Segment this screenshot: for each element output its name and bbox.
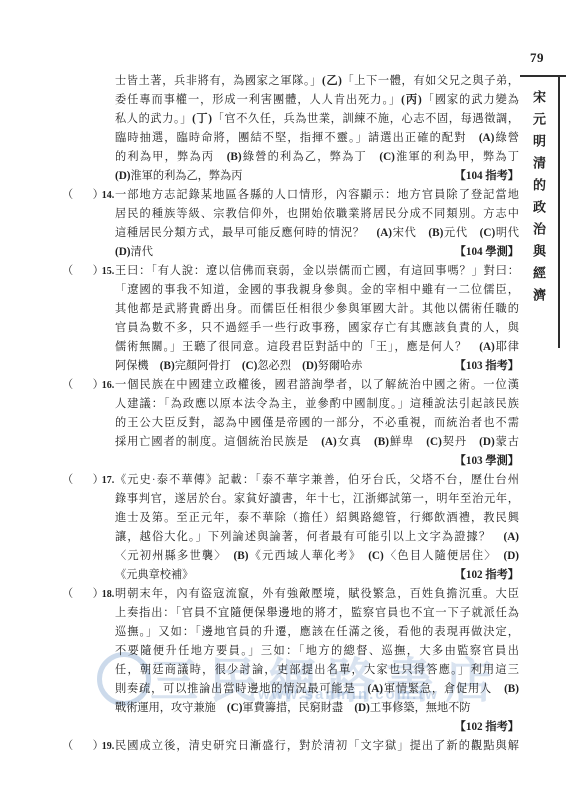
question-head: （ ）17. xyxy=(62,471,115,490)
option-marker: (D) xyxy=(354,702,370,714)
question-line-text: 其他都是武將貴爵出身。而儒臣任相很少參與軍國大計。其他以儒術任職的 xyxy=(115,300,519,319)
question-head: （ ）15. xyxy=(62,262,115,281)
question-line: (D)清代【104 學測】 xyxy=(62,243,519,262)
option-marker: (丁) xyxy=(192,113,212,125)
question: （ ）16.一個民族在中國建立政權後，國君諮詢學者，以了解統治中國之術。一位漢人… xyxy=(62,376,519,471)
question-line: 巡撫。」又如：「邊地官員的升遷，應該在任滿之後，看他的表現再做決定， xyxy=(62,623,519,642)
option-marker: (D) xyxy=(302,360,318,372)
chapter-title: 宋元明清的政治與經濟 xyxy=(529,90,548,310)
question-line: 《元典章校補》【102 指考】 xyxy=(62,566,519,585)
question-line-text: 官員為數不多，只不過經手一些行政事務，國家存亡有其應該負責的人，與 xyxy=(115,319,519,338)
question-line: 採用亡國者的制度。這個統治民族是 (A)女真 (B)鮮卑 (C)契丹 (D)蒙古 xyxy=(62,433,519,452)
question-line: 任，朝廷商議時，很少討論，吏部提出名單，大家也只得答應。」利用這三 xyxy=(62,661,519,680)
option-marker: (A) xyxy=(503,531,519,543)
question-line: 儒術無關。」王聽了很同意。這段君臣對話中的「王」，應是何人？ (A)耶律 xyxy=(62,338,519,357)
question-line-text: 人建議：「為政應以原本法令為主，並參酌中國制度。」這種說法引起該民族 xyxy=(115,395,519,414)
option-marker: (B) xyxy=(504,683,519,695)
question-line-text: 戰術運用，攻守兼施 (C)軍費籌措，民窮財盡 (D)工事修築，無地不防 xyxy=(115,699,519,718)
option-marker: (A) xyxy=(479,132,495,144)
question-line: 的利為甲，弊為丙 (B)綠營的利為乙，弊為丁 (C)淮軍的利為甲，弊為丁 xyxy=(62,148,519,167)
exam-source-tag: 【103 學測】 xyxy=(455,455,519,467)
question-line: 錄事判官，遂居於台。家貧好讀書，年十七，江浙鄉試第一，明年至治元年， xyxy=(62,490,519,509)
question-line: 讓，越俗大化。」下列論述與論著，何者最有可能引以上文字為證據？ (A) xyxy=(62,528,519,547)
question: （ ）14.一部地方志記錄某地區各縣的人口情形，內容顯示：地方官員除了登記當地居… xyxy=(62,186,519,262)
option-marker: (D) xyxy=(115,246,131,258)
answer-bracket: （ ） xyxy=(62,737,103,756)
question-line-text: 王曰：「有人說：遼以信佛而衰弱，金以崇儒而亡國，有這回事嗎？」對曰： xyxy=(115,262,519,281)
question-line-text: 臨時抽選，臨時命將，團結不堅，指揮不靈。」請選出正確的配對 (A)綠營 xyxy=(115,129,519,148)
question-line-text: 一部地方志記錄某地區各縣的人口情形，內容顯示：地方官員除了登記當地 xyxy=(115,186,519,205)
question-line: 進士及第。至正元年，泰不華除（擔任）紹興路總管，行鄉飲酒禮，教民興 xyxy=(62,509,519,528)
question-head: （ ）16. xyxy=(62,376,115,395)
question-line-text: 讓，越俗大化。」下列論述與論著，何者最有可能引以上文字為證據？ (A) xyxy=(115,528,519,547)
question-line: 官員為數不多，只不過經手一些行政事務，國家存亡有其應該負責的人，與 xyxy=(62,319,519,338)
question-line: 居民的種族等級、宗教信仰外，也開始依職業將居民分成不同類別。方志中 xyxy=(62,205,519,224)
answer-bracket: （ ） xyxy=(62,376,103,395)
question-number: 19. xyxy=(102,737,115,756)
question-line: （ ）19.民國成立後，清史研究日漸盛行，對於清初「文字獄」提出了新的觀點與解 xyxy=(62,737,519,756)
question-line: （ ）18.明朝末年，內有盜寇流竄，外有強敵壓境，賦役繁急，百姓負擔沉重。大臣 xyxy=(62,585,519,604)
question-line: （ ）17.《元史·泰不華傳》記載：「泰不華字兼善，伯牙台氏，父塔不台，歷仕台州 xyxy=(62,471,519,490)
exam-source-tag: 【104 學測】 xyxy=(455,243,519,262)
option-marker: (D) xyxy=(503,550,519,562)
question-head: （ ）14. xyxy=(62,186,115,205)
question-line: 【103 學測】 xyxy=(62,452,519,471)
option-marker: (C) xyxy=(227,702,243,714)
question-line-text: 《元典章校補》 xyxy=(115,566,193,585)
option-marker: (丙) xyxy=(401,94,422,106)
book-page: 三民網路書店 www.sanmin.com.tw 79 宋元明清的政治與經濟 士… xyxy=(0,0,566,800)
question-line-text: 進士及第。至正元年，泰不華除（擔任）紹興路總管，行鄉飲酒禮，教民興 xyxy=(115,509,519,528)
question: 士皆土著，兵非將有，為國家之軍隊。」(乙)「上下一體，有如父兄之與子弟，委任專而… xyxy=(62,72,519,186)
option-marker: (B) xyxy=(234,550,249,562)
option-marker: (A) xyxy=(479,341,495,353)
question-line-text: (D)淮軍的利為乙，弊為丙 xyxy=(115,167,242,186)
margin-rule-vertical xyxy=(558,75,560,348)
option-marker: (A) xyxy=(367,683,383,695)
question-number: 16. xyxy=(102,376,115,395)
question-line: 的王公大臣反對，認為中國僅是帝國的一部分，不必重視，而統治者也不需 xyxy=(62,414,519,433)
question-line-text: 〈元初州縣多世襲〉 (B)《元西域人華化考》 (C)〈色目人隨便居住〉 (D) xyxy=(115,547,519,566)
option-marker: (D) xyxy=(115,170,131,182)
option-marker: (B) xyxy=(374,436,389,448)
question-line-text: 這種居民分類方式，最早可能反應何時的情況？ (A)宋代 (B)元代 (C)明代 xyxy=(115,224,519,243)
option-marker: (A) xyxy=(376,227,392,239)
option-marker: (A) xyxy=(321,436,337,448)
question-line: 不要隨便升任地方要員。」三如：「地方的總督、巡撫，大多由監察官員出 xyxy=(62,642,519,661)
question-line: 上奏指出：「官員不宜隨便保舉邊地的將才，監察官員也不宜一下子就派任為 xyxy=(62,604,519,623)
question-line: （ ）15.王曰：「有人說：遼以信佛而衰弱，金以崇儒而亡國，有這回事嗎？」對曰： xyxy=(62,262,519,281)
question: （ ）15.王曰：「有人說：遼以信佛而衰弱，金以崇儒而亡國，有這回事嗎？」對曰：… xyxy=(62,262,519,376)
question-head: （ ）18. xyxy=(62,585,115,604)
question-line: 臨時抽選，臨時命將，團結不堅，指揮不靈。」請選出正確的配對 (A)綠營 xyxy=(62,129,519,148)
question-number: 14. xyxy=(102,186,115,205)
question-line-text: 儒術無關。」王聽了很同意。這段君臣對話中的「王」，應是何人？ (A)耶律 xyxy=(115,338,519,357)
question-line: （ ）14.一部地方志記錄某地區各縣的人口情形，內容顯示：地方官員除了登記當地 xyxy=(62,186,519,205)
exam-source-tag: 【102 指考】 xyxy=(455,721,519,733)
question-line-text: 的利為甲，弊為丙 (B)綠營的利為乙，弊為丁 (C)淮軍的利為甲，弊為丁 xyxy=(115,148,519,167)
question-line-text: 任，朝廷商議時，很少討論，吏部提出名單，大家也只得答應。」利用這三 xyxy=(115,661,519,680)
answer-bracket: （ ） xyxy=(62,471,103,490)
question-number: 15. xyxy=(102,262,115,281)
question-line: 【102 指考】 xyxy=(62,718,519,737)
question-line: 其他都是武將貴爵出身。而儒臣任相很少參與軍國大計。其他以儒術任職的 xyxy=(62,300,519,319)
question-line: 則奏疏，可以推論出當時邊地的情況最可能是 (A)軍情緊急，倉促用人 (B) xyxy=(62,680,519,699)
question-line: 〈元初州縣多世襲〉 (B)《元西域人華化考》 (C)〈色目人隨便居住〉 (D) xyxy=(62,547,519,566)
question: （ ）17.《元史·泰不華傳》記載：「泰不華字兼善，伯牙台氏，父塔不台，歷仕台州… xyxy=(62,471,519,585)
question-number: 17. xyxy=(102,471,115,490)
question-line-text: 錄事判官，遂居於台。家貧好讀書，年十七，江浙鄉試第一，明年至治元年， xyxy=(115,490,519,509)
question-line-text: 明朝末年，內有盜寇流竄，外有強敵壓境，賦役繁急，百姓負擔沉重。大臣 xyxy=(115,585,519,604)
answer-bracket: （ ） xyxy=(62,186,103,205)
question-line-text: 私人的武力。」(丁)「官不久任，兵為世業，訓練不施，心志不固，每遇徵調， xyxy=(115,110,519,129)
question-line: 士皆土著，兵非將有，為國家之軍隊。」(乙)「上下一體，有如父兄之與子弟， xyxy=(62,72,519,91)
exam-source-tag: 【104 指考】 xyxy=(455,167,519,186)
question-line-text: 阿保機 (B)完顏阿骨打 (C)忽必烈 (D)努爾哈赤 xyxy=(115,357,362,376)
option-marker: (C) xyxy=(368,550,384,562)
option-marker: (乙) xyxy=(322,75,342,87)
option-marker: (D) xyxy=(479,436,495,448)
question-line: 委任專而事權一，形成一利害團體，人人肯出死力。」(丙)「國家的武力變為 xyxy=(62,91,519,110)
question-line-text: 民國成立後，清史研究日漸盛行，對於清初「文字獄」提出了新的觀點與解 xyxy=(115,737,519,756)
exam-source-tag: 【103 指考】 xyxy=(455,357,519,376)
question-line-text: 士皆土著，兵非將有，為國家之軍隊。」(乙)「上下一體，有如父兄之與子弟， xyxy=(115,72,519,91)
question: （ ）18.明朝末年，內有盜寇流竄，外有強敵壓境，賦役繁急，百姓負擔沉重。大臣上… xyxy=(62,585,519,737)
question-line-text: 委任專而事權一，形成一利害團體，人人肯出死力。」(丙)「國家的武力變為 xyxy=(115,91,519,110)
option-marker: (C) xyxy=(242,360,258,372)
question-line: 「遼國的事我不知道，金國的事我親身參與。金的宰相中雖有一二位儒臣， xyxy=(62,281,519,300)
questions-list: 士皆土著，兵非將有，為國家之軍隊。」(乙)「上下一體，有如父兄之與子弟，委任專而… xyxy=(62,72,519,756)
question-line-text: 不要隨便升任地方要員。」三如：「地方的總督、巡撫，大多由監察官員出 xyxy=(115,642,519,661)
question-line-text: 居民的種族等級、宗教信仰外，也開始依職業將居民分成不同類別。方志中 xyxy=(115,205,519,224)
question-line: 私人的武力。」(丁)「官不久任，兵為世業，訓練不施，心志不固，每遇徵調， xyxy=(62,110,519,129)
question-line-text: 採用亡國者的制度。這個統治民族是 (A)女真 (B)鮮卑 (C)契丹 (D)蒙古 xyxy=(115,433,519,452)
question-line-text: (D)清代 xyxy=(115,243,153,262)
question-line-text: 《元史·泰不華傳》記載：「泰不華字兼善，伯牙台氏，父塔不台，歷仕台州 xyxy=(115,471,519,490)
question-number: 18. xyxy=(102,585,115,604)
exam-source-tag: 【102 指考】 xyxy=(455,566,519,585)
answer-bracket: （ ） xyxy=(62,585,103,604)
option-marker: (C) xyxy=(426,436,442,448)
question-line-text: 巡撫。」又如：「邊地官員的升遷，應該在任滿之後，看他的表現再做決定， xyxy=(115,623,519,642)
question-line-text: 的王公大臣反對，認為中國僅是帝國的一部分，不必重視，而統治者也不需 xyxy=(115,414,519,433)
option-marker: (B) xyxy=(160,360,175,372)
answer-bracket: （ ） xyxy=(62,262,103,281)
option-marker: (C) xyxy=(379,151,395,163)
question-line: (D)淮軍的利為乙，弊為丙【104 指考】 xyxy=(62,167,519,186)
option-marker: (B) xyxy=(428,227,443,239)
question: （ ）19.民國成立後，清史研究日漸盛行，對於清初「文字獄」提出了新的觀點與解 xyxy=(62,737,519,756)
question-line-text: 一個民族在中國建立政權後，國君諮詢學者，以了解統治中國之術。一位漢 xyxy=(115,376,519,395)
option-marker: (C) xyxy=(480,227,496,239)
question-line: 阿保機 (B)完顏阿骨打 (C)忽必烈 (D)努爾哈赤【103 指考】 xyxy=(62,357,519,376)
question-line: 這種居民分類方式，最早可能反應何時的情況？ (A)宋代 (B)元代 (C)明代 xyxy=(62,224,519,243)
question-line-text: 上奏指出：「官員不宜隨便保舉邊地的將才，監察官員也不宜一下子就派任為 xyxy=(115,604,519,623)
question-line-text: 則奏疏，可以推論出當時邊地的情況最可能是 (A)軍情緊急，倉促用人 (B) xyxy=(115,680,519,699)
question-line: 戰術運用，攻守兼施 (C)軍費籌措，民窮財盡 (D)工事修築，無地不防 xyxy=(62,699,519,718)
page-number: 79 xyxy=(530,50,544,66)
question-line: （ ）16.一個民族在中國建立政權後，國君諮詢學者，以了解統治中國之術。一位漢 xyxy=(62,376,519,395)
question-head: （ ）19. xyxy=(62,737,115,756)
option-marker: (B) xyxy=(227,151,242,163)
question-line-text: 「遼國的事我不知道，金國的事我親身參與。金的宰相中雖有一二位儒臣， xyxy=(115,281,519,300)
question-line: 人建議：「為政應以原本法令為主，並參酌中國制度。」這種說法引起該民族 xyxy=(62,395,519,414)
